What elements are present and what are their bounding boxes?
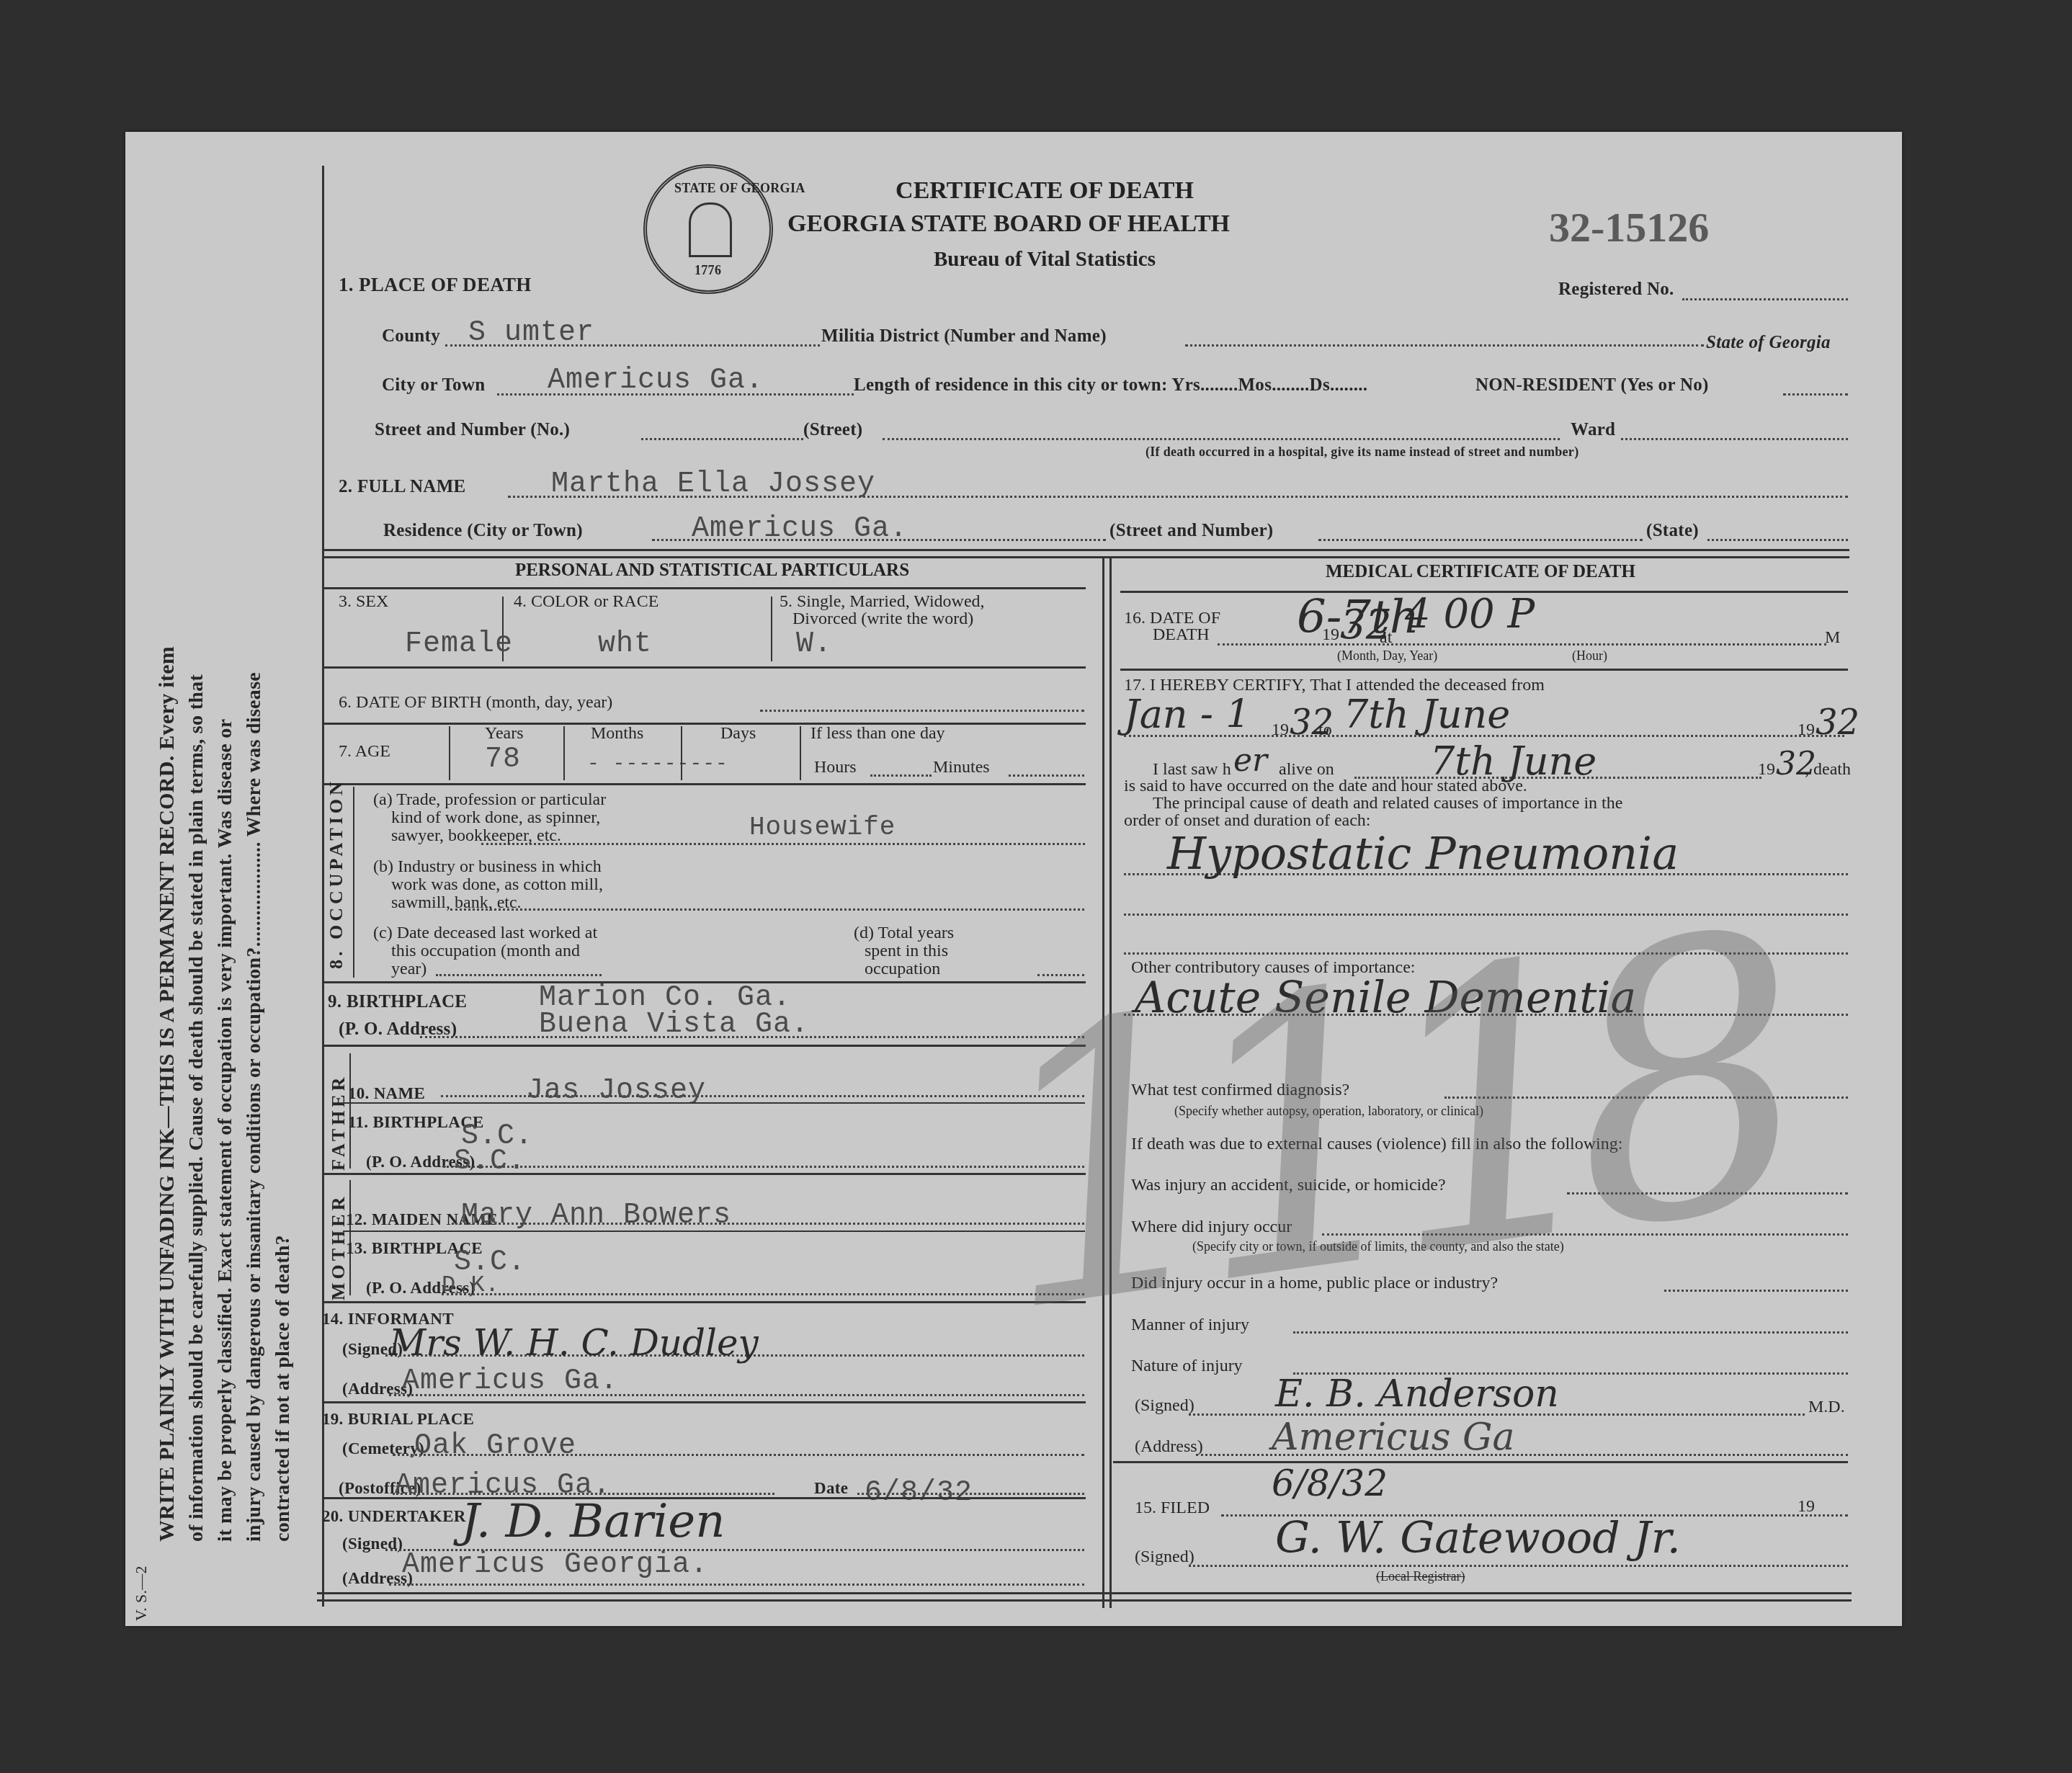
divider <box>1120 669 1848 671</box>
divider <box>322 723 1086 725</box>
mother-po-value: D.K. <box>442 1272 500 1298</box>
marital-value[interactable]: W. <box>796 628 832 661</box>
margin-instruction-5: contracted if not at place of death? <box>272 1235 295 1542</box>
county-label: County <box>382 326 440 347</box>
divider <box>353 787 354 978</box>
street-number-field[interactable] <box>641 438 803 440</box>
street-field[interactable] <box>883 438 1560 440</box>
cemetery-value: Oak Grove <box>414 1430 576 1462</box>
divider <box>563 726 565 780</box>
informant-signature: Mrs W. H. C. Dudley <box>389 1322 759 1364</box>
medical-section-title: MEDICAL CERTIFICATE OF DEATH <box>1113 562 1848 582</box>
personal-section-title: PERSONAL AND STATISTICAL PARTICULARS <box>322 561 1102 581</box>
month-day-year-hint: (Month, Day, Year) <box>1337 648 1437 664</box>
hour-hint: (Hour) <box>1572 648 1607 664</box>
registrar-hint: (Local Registrar) <box>1376 1569 1465 1584</box>
hours-field[interactable] <box>870 774 932 777</box>
registered-no-field[interactable] <box>1682 298 1848 300</box>
registrar-signed-label: (Signed) <box>1135 1548 1194 1567</box>
hours-label: Hours <box>814 758 857 777</box>
city-label: City or Town <box>382 375 485 396</box>
death-label: , death <box>1805 760 1851 780</box>
attended-from-value: Jan - 1 <box>1124 692 1251 737</box>
certificate-title: CERTIFICATE OF DEATH <box>756 177 1333 205</box>
board-title: GEORGIA STATE BOARD OF HEALTH <box>684 210 1333 238</box>
occupation-b-line2: work was done, as cotton mill, <box>391 875 603 895</box>
occupation-date-field[interactable] <box>436 974 602 976</box>
divider <box>349 1053 351 1169</box>
filed-year-label: 19 <box>1798 1497 1815 1517</box>
attended-to-year-prefix: 19 <box>1798 720 1815 740</box>
divider <box>449 726 450 780</box>
age-years-value[interactable]: 78 <box>485 743 521 776</box>
burial-date-label: Date <box>814 1479 848 1498</box>
registrar-signature: G. W. Gatewood Jr. <box>1275 1513 1681 1563</box>
hour-of-death-value: 4 00 P <box>1405 591 1535 638</box>
physician-address-label: (Address) <box>1135 1437 1203 1457</box>
registered-no-label: Registered No. <box>1558 280 1674 300</box>
at-label: at <box>1380 628 1392 648</box>
said-occurred-text: is said to have occurred on the date and… <box>1124 777 1527 796</box>
dob-label: 6. DATE OF BIRTH (month, day, year) <box>339 693 612 713</box>
age-label: 7. AGE <box>339 742 390 762</box>
divider <box>322 587 1086 589</box>
less-than-day-label: If less than one day <box>811 724 945 743</box>
occupation-b-line1: (b) Industry or business in which <box>373 857 602 877</box>
militia-district-label: Militia District (Number and Name) <box>821 326 1107 347</box>
form-code: V. S.—2 <box>132 1566 151 1621</box>
undertaker-signature: J. D. Barien <box>461 1495 725 1548</box>
residence-state-label: (State) <box>1646 521 1699 541</box>
divider <box>317 1592 1852 1594</box>
registrar-signature-field[interactable] <box>1189 1565 1848 1567</box>
principal-cause-text-1: The principal cause of death and related… <box>1153 794 1622 813</box>
occupation-a-line1: (a) Trade, profession or particular <box>373 790 606 810</box>
full-name-label: 2. FULL NAME <box>339 477 466 497</box>
divider <box>343 1231 1085 1232</box>
occupation-industry-field[interactable] <box>450 908 1084 911</box>
residence-label: Residence (City or Town) <box>383 521 583 541</box>
last-saw-year-prefix: 19 <box>1758 760 1775 780</box>
frame-left-border <box>322 166 324 1607</box>
minutes-field[interactable] <box>1009 774 1084 777</box>
father-side-label: FATHER <box>328 1074 349 1171</box>
margin-instruction-3: it may be properly classified. Exact sta… <box>214 719 237 1542</box>
street-label: (Street) <box>803 420 862 440</box>
date-of-death-label-2: DEATH <box>1153 625 1210 645</box>
seal-year: 1776 <box>695 263 721 278</box>
months-label: Months <box>591 724 643 743</box>
divider <box>322 1401 1086 1403</box>
sex-value[interactable]: Female <box>405 628 513 661</box>
attended-to-value: 7th June <box>1344 692 1510 737</box>
margin-instruction-1: WRITE PLAINLY WITH UNFADING INK—THIS IS … <box>155 646 179 1542</box>
occupation-c-line2: this occupation (month and <box>391 942 580 961</box>
militia-district-field[interactable] <box>1185 344 1704 347</box>
physician-signed-label: (Signed) <box>1135 1396 1194 1416</box>
father-name-label: 10. NAME <box>348 1084 425 1103</box>
residence-street-field[interactable] <box>1318 539 1643 541</box>
residence-length-label: Length of residence in this city or town… <box>854 375 1367 396</box>
race-label: 4. COLOR or RACE <box>514 592 658 612</box>
residence-state-field[interactable] <box>1707 539 1848 541</box>
race-value[interactable]: wht <box>598 628 652 661</box>
filed-value: 6/8/32 <box>1272 1462 1388 1504</box>
occupation-d-line3: occupation <box>865 960 940 979</box>
occupation-side-label: 8. OCCUPATION <box>326 778 347 969</box>
mother-name-value: Mary Ann Bowers <box>461 1200 731 1232</box>
m-label: M <box>1825 628 1840 648</box>
dob-field[interactable] <box>760 710 1084 712</box>
undertaker-label: 20. UNDERTAKER <box>322 1507 466 1526</box>
burial-place-label: 19. BURIAL PLACE <box>322 1410 474 1429</box>
divider <box>681 726 682 780</box>
mother-po-field[interactable] <box>442 1293 1084 1295</box>
marital-label-1: 5. Single, Married, Widowed, <box>780 592 985 612</box>
ward-field[interactable] <box>1621 438 1848 440</box>
occupation-c-line3: year) <box>391 960 427 979</box>
margin-instruction-2: of information should be carefully suppl… <box>185 674 208 1542</box>
occupation-a-line2: kind of work done, as spinner, <box>391 808 600 828</box>
divider <box>771 597 772 661</box>
divider <box>343 1102 1085 1104</box>
years-label: Years <box>485 724 524 743</box>
divider <box>322 783 1086 785</box>
months-days-value[interactable]: - --------- <box>587 753 728 775</box>
principal-cause-value: Hypostatic Pneumonia <box>1167 827 1679 880</box>
occupation-c-line1: (c) Date deceased last worked at <box>373 924 597 943</box>
margin-instruction-4: injury caused by dangerous or insanitary… <box>243 672 266 1542</box>
occupation-d-line1: (d) Total years <box>854 924 954 943</box>
minutes-label: Minutes <box>933 758 990 777</box>
informant-address-value: Americus Ga. <box>402 1365 618 1398</box>
divider <box>322 556 1849 558</box>
place-of-death-label: 1. PLACE OF DEATH <box>339 274 532 296</box>
filed-label: 15. FILED <box>1135 1499 1210 1518</box>
sex-label: 3. SEX <box>339 592 388 612</box>
non-resident-label: NON-RESIDENT (Yes or No) <box>1475 375 1709 396</box>
occupation-trade-field[interactable] <box>481 843 1085 845</box>
divider <box>349 1180 351 1295</box>
birthplace-label: 9. BIRTHPLACE <box>328 992 467 1012</box>
last-saw-pronoun: er <box>1233 742 1267 779</box>
physician-address: Americus Ga <box>1272 1416 1515 1459</box>
marital-label-2: Divorced (write the word) <box>792 609 973 629</box>
undertaker-address-value: Americus Georgia. <box>402 1549 708 1581</box>
divider <box>322 1173 1086 1175</box>
hospital-note: (If death occurred in a hospital, give i… <box>1146 445 1578 460</box>
divider <box>1113 1461 1848 1463</box>
birthplace-po-value: Buena Vista Ga. <box>539 1009 809 1041</box>
street-number-label: Street and Number (No.) <box>375 420 570 440</box>
divider <box>322 549 1849 551</box>
occupation-d-line2: spent in this <box>865 942 948 961</box>
county-value: S umter <box>468 317 594 349</box>
to-label: to <box>1318 720 1332 740</box>
ward-label: Ward <box>1571 420 1615 440</box>
bureau-title: Bureau of Vital Statistics <box>756 248 1333 272</box>
md-label: M.D. <box>1808 1398 1845 1417</box>
attended-to-year: 32 <box>1816 702 1859 743</box>
physician-signature: E. B. Anderson <box>1275 1372 1559 1416</box>
divider <box>322 1301 1086 1303</box>
divider <box>800 726 801 780</box>
days-label: Days <box>720 724 756 743</box>
year-prefix: 19 <box>1322 625 1339 645</box>
divider <box>317 1599 1852 1602</box>
non-resident-field[interactable] <box>1783 393 1848 396</box>
certificate-number: 32-15126 <box>1549 203 1709 251</box>
residence-value: Americus Ga. <box>692 513 908 545</box>
burial-date-value: 6/8/32 <box>865 1477 973 1509</box>
occupation-trade-value: Housewife <box>749 813 896 842</box>
state-of-georgia-label: State of Georgia <box>1706 333 1831 353</box>
attended-from-year-prefix: 19 <box>1272 720 1289 740</box>
undertaker-address-field[interactable] <box>389 1584 1084 1586</box>
residence-street-label: (Street and Number) <box>1109 521 1273 541</box>
full-name-value: Martha Ella Jossey <box>551 468 875 501</box>
city-value: Americus Ga. <box>548 365 764 397</box>
divider <box>322 666 1086 669</box>
